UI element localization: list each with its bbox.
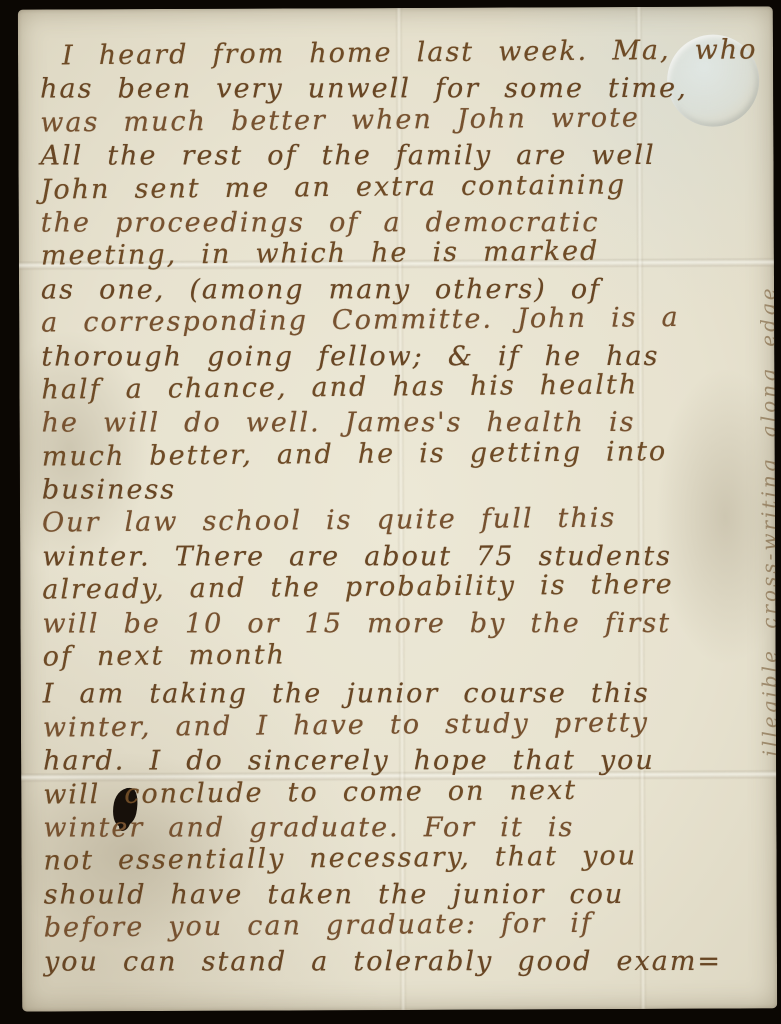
letter-line: will conclude to come on next: [43, 772, 776, 812]
letter-line: I heard from home last week. Ma, who: [40, 33, 773, 73]
letter-line: a corresponding Committe. John is a: [41, 300, 774, 340]
letter-line: not essentially necessary, that you: [43, 839, 776, 879]
letter-line: already, and the probability is there: [42, 567, 775, 607]
letter-line: winter, and I have to study pretty: [43, 705, 776, 745]
letter-line: meeting, in which he is marked: [41, 234, 774, 274]
letter-line: Our law school is quite full this: [42, 501, 775, 541]
letter-line: much better, and he is getting into: [42, 434, 775, 474]
margin-cross-writing: illegible cross-writing along edge: [756, 236, 777, 756]
letter-line: half a chance, and has his health: [41, 367, 774, 407]
letter-page: I heard from home last week. Ma, who has…: [18, 6, 777, 1011]
letter-line: of next month: [42, 634, 775, 674]
letter-line: John sent me an extra containing: [40, 167, 773, 207]
letter-body: I heard from home last week. Ma, who has…: [40, 36, 777, 978]
letter-line: was much better when John wrote: [40, 100, 773, 140]
letter-line: you can stand a tolerably good exam=: [44, 944, 777, 978]
letter-line: before you can graduate: for if: [44, 905, 777, 945]
